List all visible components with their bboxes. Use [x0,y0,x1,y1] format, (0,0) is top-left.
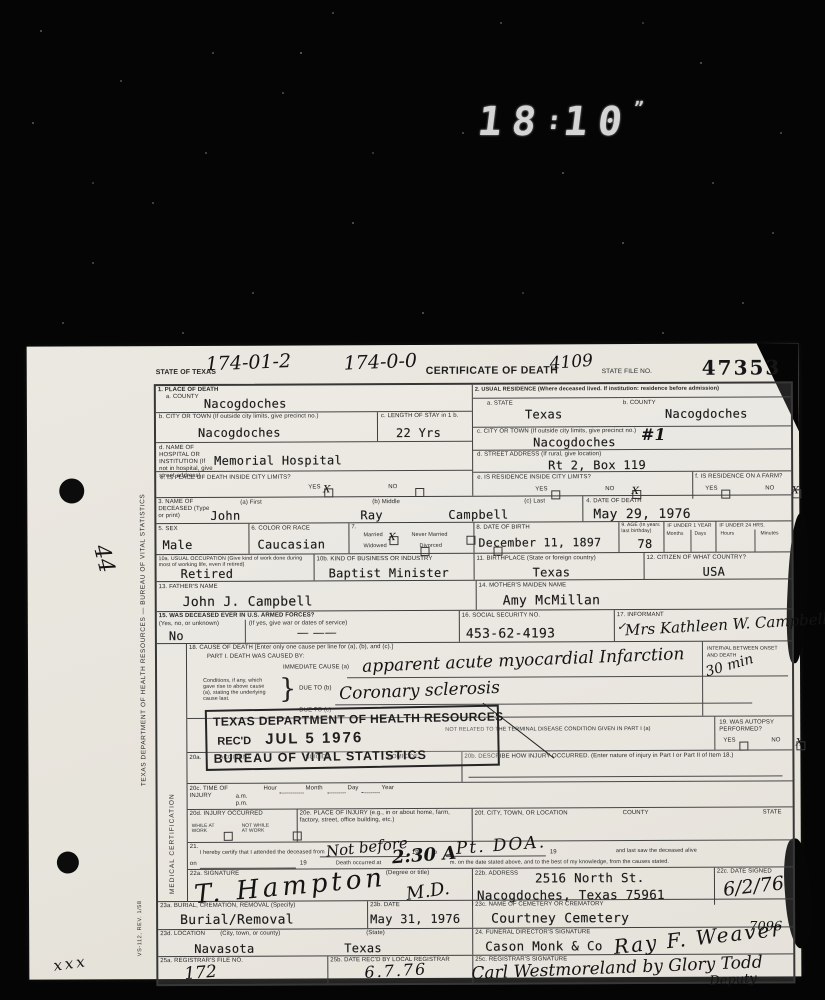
color-race-value: Caucasian [257,537,325,551]
field-social-security: 16. SOCIAL SECURITY NO. 453-62-4193 [460,610,615,642]
fathers-name-label: 13. FATHER'S NAME [159,584,218,591]
row-forces-ssn-informant: 15. WAS DECEASED EVER IN U.S. ARMED FORC… [157,609,792,644]
medical-certification-strip: MEDICAL CERTIFICATION [157,644,188,901]
field-burial-location: 23d. LOCATION (City, town, or county) (S… [158,929,473,956]
citizen-value: USA [703,565,726,579]
row-name-dod: 3. NAME OF DECEASED (Type or print) (a) … [156,495,791,524]
field-registrar-signature: 25c. REGISTRAR'S SIGNATURE Carl Westmore… [473,954,793,982]
microfilm-scan: 18:10” TEXAS DEPARTMENT OF HEALTH RESOUR… [0,0,825,1000]
row-location-funeral: 23d. LOCATION (City, town, or county) (S… [158,927,793,957]
state-file-no-label: STATE FILE NO. [602,368,652,375]
residence-city-limits-label: e. IS RESIDENCE INSIDE CITY LIMITS? [477,474,591,481]
handwritten-code-2: 174-0-0 [343,350,417,375]
stamp-line1: TEXAS DEPARTMENT OF HEALTH RESOURCES [213,710,491,729]
no-label: NO [771,737,780,744]
burial-date-value: May 31, 1976 [370,912,460,926]
months-label: Months [666,531,683,538]
minutes-label: Minutes [760,530,778,537]
injury-city-label: 20f. CITY, TOWN, OR LOCATION [475,810,568,817]
state-file-number: 47353 [702,355,782,379]
field-place-of-death: 1. PLACE OF DEATH a. COUNTY Nacogdoches … [156,385,473,497]
married-label: Married [363,532,382,539]
field-citizen: 12. CITIZEN OF WHAT COUNTRY? USA [645,552,792,579]
row-place-residence: 1. PLACE OF DEATH a. COUNTY Nacogdoches … [156,383,791,498]
divider [245,620,246,643]
residence-farm-label: f. IS RESIDENCE ON A FARM? [695,473,782,480]
field-age: 9. AGE (In years last birthday) 78 [619,522,664,552]
item-21-number: 21. [190,844,199,851]
field-if-under-24-hrs: IF UNDER 24 HRS. Hours Minutes [716,521,791,551]
cemetery-label: 23c. NAME OF CEMETERY OR CREMATORY [475,901,604,909]
cause-b-line [335,702,752,706]
field-date-of-birth: 8. DATE OF BIRTH December 11, 1897 [474,522,619,553]
cemetery-value: Courtney Cemetery [491,911,629,927]
age-value: 78 [637,537,652,551]
registrar-deputy-hw: Deputy [709,971,757,989]
frame-counter-tick: ” [633,98,645,117]
days-label: Days [694,531,706,538]
checkbox-while-at-work [224,832,233,841]
hole-punch [59,478,84,503]
medical-certification-content: TEXAS DEPARTMENT OF HEALTH RESOURCES REC… [187,641,793,901]
address-label: 22b. ADDRESS [475,871,518,878]
due-to-b-label: DUE TO (b) [299,685,331,692]
occupation-value: Retired [181,567,234,581]
degree-title-label: (Degree or title) [386,870,429,877]
birthplace-value: Texas [533,565,571,579]
pm-label: p.m. [236,801,248,808]
mothers-name-label: 14. MOTHER'S MAIDEN NAME [479,582,567,589]
field-usual-residence: 2. USUAL RESIDENCE (Where deceased lived… [473,383,791,495]
field-injury-occurred: 20d. INJURY OCCURRED WHILE AT WORK NOT W… [188,810,298,842]
field-certification-statement: 21. I hereby certify that I attended the… [188,840,793,870]
injury-state-label: STATE [763,809,782,816]
certify-text-1: I hereby certify that I attended the dec… [200,849,325,857]
date-of-death-label: 4. DATE OF DEATH [586,498,641,505]
last-name-value: Campbell [448,508,508,522]
residence-county-label: b. COUNTY [623,400,656,407]
handwritten-code-1: 174-01-2 [205,350,291,375]
address-line1: 2516 North St. [535,870,645,885]
certificate-paper: TEXAS DEPARTMENT OF HEALTH RESOURCES — B… [27,343,802,979]
certify-text-rest: m. on the date stated above, and to the … [450,859,669,867]
funeral-firm-value: Cason Monk & Co [485,938,602,954]
date-of-birth-value: December 11, 1897 [478,535,601,550]
length-of-stay-value: 22 Yrs [396,426,441,440]
residence-state-label: a. STATE [487,401,513,408]
informant-label: 17. INFORMANT [617,612,664,619]
armed-forces-value: No [169,629,184,643]
first-name-value: John [210,509,240,523]
date-signed-hw: 6/2/76 [722,872,785,901]
sex-label: 5. SEX [158,526,177,533]
location-sub2: (State) [366,930,385,937]
date-of-death-value: May 29, 1976 [593,507,691,522]
divider [690,530,691,552]
blank-on [200,867,296,869]
funeral-director-label: 24. FUNERAL DIRECTOR'S SIGNATURE [475,929,590,937]
field-date-received: 25b. DATE REC'D BY LOCAL REGISTRAR 6.7.7… [328,956,473,984]
conditions-brace: } [279,674,296,705]
mothers-name-value: Amy McMillan [503,593,601,608]
location-sub1: (City, town, or county) [220,931,280,938]
field-informant: 17. INFORMANT ✓ Mrs Kathleen W. Campbell [615,609,792,641]
date-of-birth-label: 8. DATE OF BIRTH [476,524,529,531]
checkbox-autopsy-yes [739,742,748,751]
death-certificate-form: STATE OF TEXAS 174-01-2 174-0-0 CERTIFIC… [154,353,796,986]
year-label: Year [382,785,395,792]
form-header: STATE OF TEXAS 174-01-2 174-0-0 CERTIFIC… [154,353,793,384]
checkbox-autopsy-no: X [797,741,806,750]
film-noise-specks [0,0,2,2]
hole-punch [57,851,79,873]
checkbox-married: X [389,536,398,545]
checkbox-farm-no: X [793,489,802,498]
usual-residence-title: 2. USUAL RESIDENCE (Where deceased lived… [475,386,719,394]
burial-value: Burial/Removal [180,913,294,928]
first-name-label: (a) First [240,500,262,507]
field-color-race: 6. COLOR OR RACE Caucasian [249,523,349,553]
hour-label: Hour [264,786,277,793]
am-label: a.m. [236,794,248,801]
hours-label: Hours [720,531,734,538]
received-stamp: TEXAS DEPARTMENT OF HEALTH RESOURCES REC… [205,705,500,771]
stamp-recd: REC'D [217,735,251,748]
year-19-third: 19 [300,860,307,867]
stamp-line3: BUREAU OF VITAL STATISTICS [214,747,492,766]
medical-certification-block: MEDICAL CERTIFICATION TEXAS DEPARTMENT O… [157,641,793,902]
field-registrar-file-no: 25a. REGISTRAR'S FILE NO. 172 [158,956,328,984]
birthplace-label: 11. BIRTHPLACE (State or foreign country… [477,555,596,563]
fathers-name-value: John J. Campbell [183,594,313,610]
ssn-value: 453-62-4193 [466,626,555,641]
checkbox-death-limits-yes: X [324,488,333,497]
medical-certification-vertical-label: MEDICAL CERTIFICATION [168,649,176,894]
field-if-under-1-year: IF UNDER 1 YEAR Months Days [664,522,716,552]
middle-name-value: Ray [360,508,383,522]
city-town-label: b. CITY OR TOWN (If outside city limits,… [159,413,369,421]
yes-label: YES [723,738,735,745]
residence-city-precinct-hw: #1 [641,425,666,444]
dotted-line [328,791,346,793]
sex-value: Male [162,538,192,552]
never-married-label: Never Married [411,532,447,539]
date-received-value-hw: 6.7.76 [364,959,428,982]
ssn-label: 16. SOCIAL SECURITY NO. [462,612,540,619]
field-usual-occupation: 10a. USUAL OCCUPATION (Give kind of work… [157,554,315,581]
injury-occurred-label: 20d. INJURY OCCURRED [190,811,263,818]
yes-label: YES [535,486,547,493]
part1-label: PART I. DEATH WAS CAUSED BY: [207,653,305,660]
autopsy-label: 19. WAS AUTOPSY PERFORMED? [719,719,789,733]
item-20a-number: 20a. [189,755,201,762]
no-label: NO [765,485,774,492]
describe-injury-label: 20b. DESCRIBE HOW INJURY OCCURRED. (Ente… [464,753,733,761]
burial-date-label: 23b. DATE [370,902,400,909]
field-date-of-death: 4. DATE OF DEATH May 29, 1976 [583,495,791,521]
day-label: Day [348,785,359,792]
dotted-line [362,791,380,793]
cause-b-handwritten: Coronary sclerosis [339,678,500,704]
conditions-note: Conditions, if any, which gave rise to a… [203,678,271,702]
residence-state-value: Texas [525,407,563,421]
month-label: Month [306,785,323,792]
immediate-cause-label: IMMEDIATE CAUSE (a) [283,664,349,671]
handwritten-cert-number: 4109 [549,351,594,374]
street-address-value: Rt 2, Box 119 [548,458,646,472]
on-word: on [190,861,197,868]
no-label: NO [605,486,614,493]
location-state-value: Texas [344,941,382,955]
place-of-injury-label: 20e. PLACE OF INJURY (e.g., in or about … [300,810,468,825]
field-describe-injury: 20b. DESCRIBE HOW INJURY OCCURRED. (Ente… [462,750,792,781]
cause-a-handwritten: apparent acute myocardial Infarction [362,644,685,677]
injury-county-label: COUNTY [623,810,649,817]
row-occupation: 10a. USUAL OCCUPATION (Give kind of work… [157,552,792,582]
field-sex: 5. SEX Male [156,524,249,554]
armed-forces-label: 15. WAS DECEASED EVER IN U.S. ARMED FORC… [159,612,315,620]
field-burial-date: 23b. DATE May 31, 1976 [368,901,473,928]
location-label: 23d. LOCATION [160,931,205,938]
margin-department-text: TEXAS DEPARTMENT OF HEALTH RESOURCES — B… [139,386,148,786]
length-of-stay-label: c. LENGTH OF STAY in 1 b. [381,413,466,420]
field-time-of-injury: 20c. TIME OF INJURY Hour Month Day Year … [188,781,793,810]
armed-forces-sub1: (Yes, no, or unknown) [159,621,219,628]
interval-column-divider [702,642,703,716]
funeral-number-hw: 7096 [749,919,782,934]
business-label: 10b. KIND OF BUSINESS OR INDUSTRY [317,556,433,564]
time-of-death-handwritten: 2:30 A [391,843,457,869]
field-mothers-maiden-name: 14. MOTHER'S MAIDEN NAME Amy McMillan [477,579,792,609]
field-funeral-director: 24. FUNERAL DIRECTOR'S SIGNATURE Cason M… [473,927,793,954]
dotted-line [280,791,304,793]
row-demographics: 5. SEX Male 6. COLOR OR RACE Caucasian 7… [156,521,791,555]
name-title: 3. NAME OF DECEASED (Type or print) [158,499,210,520]
field-business-industry: 10b. KIND OF BUSINESS OR INDUSTRY Baptis… [315,554,475,581]
certificate-title: CERTIFICATE OF DEATH [426,364,558,377]
residence-county-value: Nacogdoches [665,407,748,421]
armed-forces-dashes-hw: — —— [297,625,337,639]
color-race-label: 6. COLOR OR RACE [251,525,310,532]
residence-city-value: Nacogdoches [533,435,616,449]
field-burial-type: 23a. BURIAL, CREMATION, REMOVAL (Specify… [158,901,368,929]
field-armed-forces: 15. WAS DECEASED EVER IN U.S. ARMED FORC… [157,611,460,643]
field-birthplace: 11. BIRTHPLACE (State or foreign country… [475,553,645,580]
divider [754,530,755,552]
row-parents: 13. FATHER'S NAME John J. Campbell 14. M… [157,579,792,612]
death-city-limits-label: e. IS PLACE OF DEATH INSIDE CITY LIMITS? [160,475,291,483]
county-label: a. COUNTY [166,394,199,401]
no-label: NO [388,484,397,491]
time-of-injury-label: 20c. TIME OF INJURY [190,786,235,800]
widowed-label: Widowed [363,543,386,550]
middle-name-label: (b) Middle [372,499,400,506]
last-name-label: (c) Last [524,498,545,505]
margin-form-code: VS-112, REV. 1/58 [137,894,143,956]
frame-counter-display: 18:10” [475,98,644,145]
divider [714,717,715,750]
not-while-at-work-label: NOT WHILE AT WORK [242,824,276,835]
citizen-label: 12. CITIZEN OF WHAT COUNTRY? [647,555,747,562]
city-town-value: Nacogdoches [198,426,281,440]
cause-of-death-label: 18. CAUSE OF DEATH [Enter only one cause… [189,644,393,652]
under-24-hrs-label: IF UNDER 24 HRS. [719,522,765,529]
marital-number: 7. [351,524,356,531]
bottom-handwritten-mark: xxx [52,952,89,975]
location-city-value: Navasota [194,942,254,956]
business-value: Baptist Minister [329,566,449,581]
frame-counter-left: 18 [475,99,549,145]
divorced-label: Divorced [419,543,442,550]
registrar-file-value-hw: 172 [184,962,218,984]
field-name-of-deceased: 3. NAME OF DECEASED (Type or print) (a) … [156,496,583,523]
row-registrar: 25a. REGISTRAR'S FILE NO. 172 25b. DATE … [158,954,793,984]
alive-text: and last saw the deceased alive [616,848,697,855]
stamp-date: JUL 5 1976 [265,729,363,748]
checkbox-death-limits-no [416,488,425,497]
year-19-second: 19 [550,849,557,856]
field-fathers-name: 13. FATHER'S NAME John J. Campbell [157,581,477,611]
county-value: Nacogdoches [204,397,287,411]
age-label: 9. AGE (In years last birthday) [621,523,661,534]
yes-label: YES [705,486,717,493]
margin-handwritten-mark: 44 [88,542,119,575]
injury-answer-line [468,774,782,777]
yes-label: YES [308,484,320,491]
while-at-work-label: WHILE AT WORK [192,824,222,835]
frame-counter-right: 10 [561,99,635,145]
hospital-value: Memorial Hospital [214,453,342,468]
field-marital-status: 7. Married X Never Married Widowed Divor… [349,523,474,554]
